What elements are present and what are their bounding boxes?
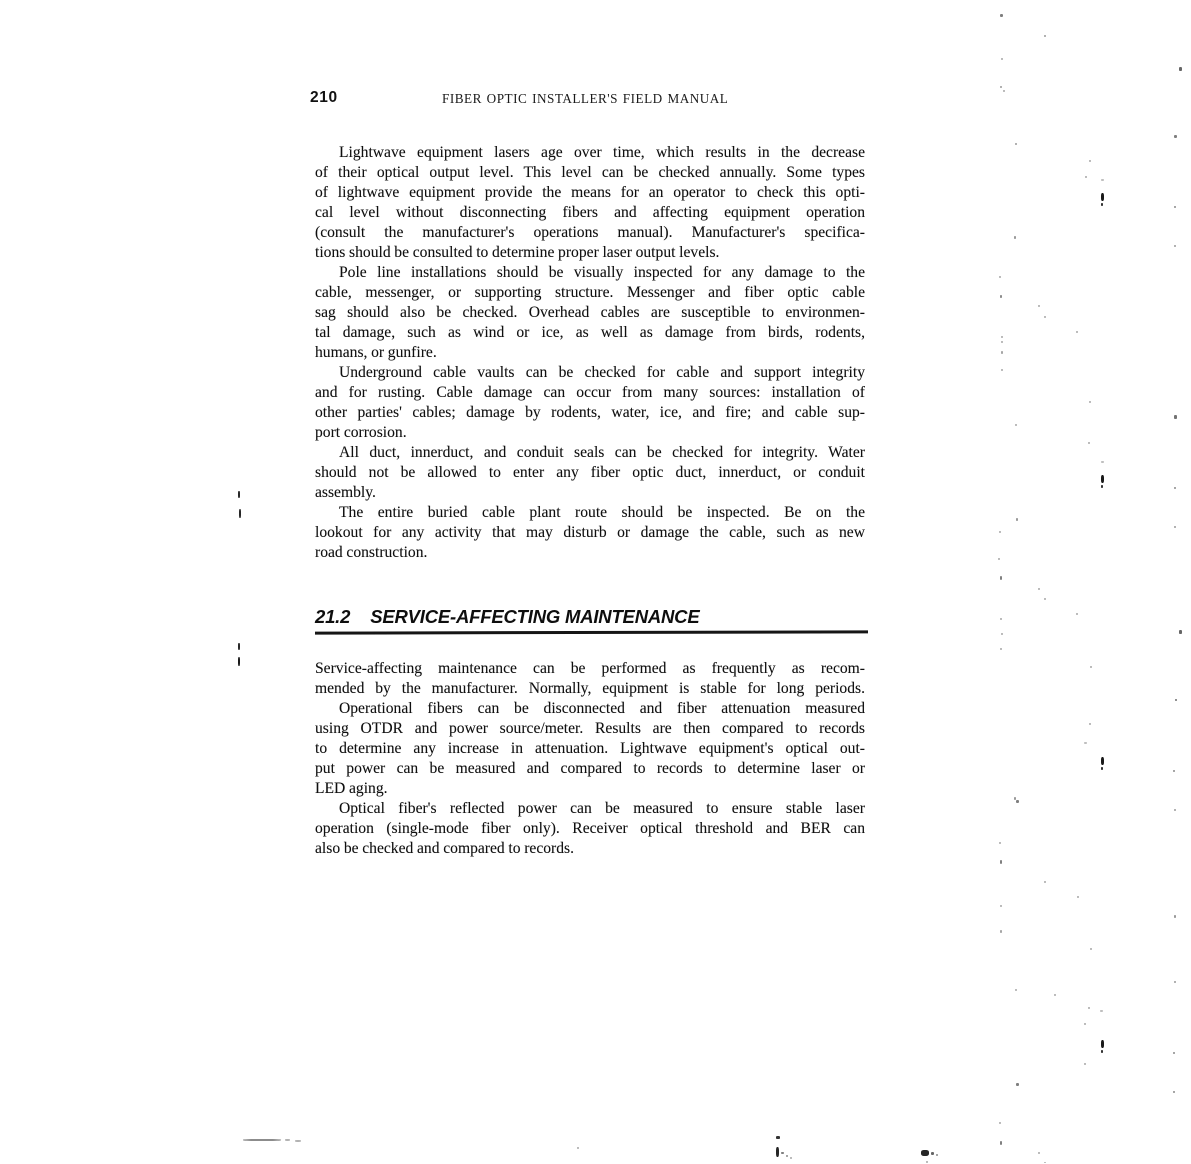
scan-speck	[243, 1139, 281, 1141]
scan-speck	[1076, 613, 1078, 615]
scan-speck	[1077, 896, 1079, 898]
scan-speck	[1174, 415, 1177, 419]
scan-speck	[1044, 881, 1046, 883]
text-line: tions should be consulted to determine p…	[315, 243, 865, 263]
scan-speck	[1000, 576, 1002, 580]
scan-speck	[1089, 160, 1091, 162]
scan-speck	[1089, 723, 1091, 725]
text-line: and for rusting. Cable damage can occur …	[315, 383, 865, 403]
text-line: other parties' cables; damage by rodents…	[315, 403, 865, 423]
scan-speck	[1044, 1162, 1046, 1163]
scan-speck	[1101, 767, 1103, 770]
scan-speck	[1016, 518, 1018, 521]
page-number: 210	[310, 89, 338, 107]
scan-speck	[1038, 1152, 1040, 1154]
scan-speck	[1038, 305, 1040, 307]
scan-speck	[998, 558, 1000, 560]
scan-speck	[1000, 618, 1002, 620]
scan-speck	[1003, 90, 1005, 92]
heading-rule	[315, 630, 868, 634]
scan-speck	[1001, 341, 1003, 343]
scan-speck	[1101, 757, 1104, 765]
scan-speck	[786, 1155, 788, 1157]
text-line: port corrosion.	[315, 423, 865, 443]
page-body: Lightwave equipment lasers age over time…	[315, 143, 865, 859]
text-line: humans, or gunfire.	[315, 343, 865, 363]
text-line: assembly.	[315, 483, 865, 503]
text-line: operation (single-mode fiber only). Rece…	[315, 819, 865, 839]
paragraph: Optical fiber's reflected power can be m…	[315, 799, 865, 859]
scan-speck	[1000, 86, 1002, 88]
scan-speck	[1101, 485, 1103, 488]
scan-speck	[1174, 526, 1176, 528]
scan-speck	[1038, 588, 1040, 590]
scan-speck	[1044, 316, 1046, 318]
scan-speck	[238, 643, 240, 650]
scan-speck	[781, 1152, 784, 1154]
text-line: also be checked and compared to records.	[315, 839, 865, 859]
text-line: Underground cable vaults can be checked …	[315, 363, 865, 383]
scan-speck	[790, 1157, 792, 1159]
scan-speck	[1044, 35, 1046, 37]
scan-speck	[1173, 1091, 1175, 1093]
scan-speck	[999, 531, 1001, 533]
scan-speck	[1084, 1063, 1086, 1065]
scan-speck	[1101, 193, 1104, 201]
scan-speck	[999, 842, 1001, 844]
text-line: lookout for any activity that may distur…	[315, 523, 865, 543]
scan-speck	[1000, 295, 1002, 298]
scan-speck	[1088, 1007, 1090, 1009]
scan-speck	[999, 1122, 1001, 1124]
section-title: SERVICE-AFFECTING MAINTENANCE	[370, 606, 699, 627]
scan-speck	[1174, 487, 1176, 489]
scan-speck	[1000, 930, 1002, 933]
paragraph: All duct, innerduct, and conduit seals c…	[315, 443, 865, 503]
scan-speck	[931, 1152, 934, 1155]
scan-speck	[1084, 1023, 1086, 1025]
paragraph: Pole line installations should be visual…	[315, 263, 865, 363]
scan-speck	[1179, 67, 1182, 71]
text-line: Pole line installations should be visual…	[315, 263, 865, 283]
scan-speck	[1000, 14, 1003, 17]
text-line: should not be allowed to enter any fiber…	[315, 463, 865, 483]
running-header: FIBER OPTIC INSTALLER'S FIELD MANUAL	[442, 91, 728, 107]
scan-speck	[1100, 1010, 1103, 1012]
scan-speck	[1089, 401, 1091, 403]
text-line: using OTDR and power source/meter. Resul…	[315, 719, 865, 739]
scan-speck	[577, 1147, 579, 1149]
scan-speck	[1001, 633, 1003, 635]
scan-speck	[1175, 699, 1177, 701]
text-line: of lightwave equipment provide the means…	[315, 183, 865, 203]
scan-speck	[295, 1140, 301, 1142]
text-line: sag should also be checked. Overhead cab…	[315, 303, 865, 323]
text-line: LED aging.	[315, 779, 865, 799]
scan-speck	[926, 1161, 928, 1163]
scan-speck	[1088, 442, 1090, 444]
text-line: road construction.	[315, 543, 865, 563]
scan-speck	[238, 657, 240, 666]
scan-speck	[999, 276, 1001, 278]
scan-speck	[1101, 1050, 1103, 1053]
scan-speck	[1015, 989, 1017, 991]
scan-speck	[776, 1147, 779, 1157]
paragraph: Service-affecting maintenance can be per…	[315, 659, 865, 699]
text-line: of their optical output level. This leve…	[315, 163, 865, 183]
text-line: mended by the manufacturer. Normally, eq…	[315, 679, 865, 699]
body-paragraphs-top: Lightwave equipment lasers age over time…	[315, 143, 865, 563]
scan-speck	[1014, 236, 1016, 239]
text-line: to determine any increase in attenuation…	[315, 739, 865, 759]
scan-speck	[1179, 630, 1182, 634]
section-heading: 21.2SERVICE-AFFECTING MAINTENANCE	[315, 605, 865, 629]
scan-speck	[1015, 424, 1017, 426]
body-paragraphs-bottom: Service-affecting maintenance can be per…	[315, 659, 865, 859]
scan-speck	[1044, 598, 1046, 600]
scan-speck	[1173, 1052, 1175, 1054]
scan-speck	[238, 491, 240, 498]
paragraph: Underground cable vaults can be checked …	[315, 363, 865, 443]
scan-speck	[1001, 369, 1003, 371]
scan-speck	[1016, 1083, 1019, 1086]
scan-speck	[1054, 994, 1056, 996]
scan-speck	[921, 1150, 929, 1156]
text-line: Optical fiber's reflected power can be m…	[315, 799, 865, 819]
scan-speck	[1085, 176, 1087, 178]
scan-speck	[1090, 948, 1092, 950]
paragraph: Lightwave equipment lasers age over time…	[315, 143, 865, 263]
scan-speck	[1101, 1040, 1104, 1048]
scan-speck	[1016, 800, 1019, 803]
section-number: 21.2	[315, 606, 350, 627]
scan-speck	[1001, 336, 1003, 338]
scan-speck	[1000, 905, 1002, 907]
scan-speck	[1173, 770, 1175, 772]
scan-speck	[1101, 179, 1104, 181]
paragraph: The entire buried cable plant route shou…	[315, 503, 865, 563]
scan-speck	[1084, 742, 1087, 744]
scan-speck	[285, 1139, 290, 1141]
scan-speck	[1174, 245, 1176, 247]
scan-speck	[1174, 206, 1176, 208]
scan-speck	[1174, 135, 1177, 138]
book-page-scan: 210 FIBER OPTIC INSTALLER'S FIELD MANUAL…	[0, 0, 1191, 1164]
scan-speck	[776, 1136, 780, 1139]
text-line: cal level without disconnecting fibers a…	[315, 203, 865, 223]
scan-speck	[1015, 143, 1017, 145]
text-line: tal damage, such as wind or ice, as well…	[315, 323, 865, 343]
scan-speck	[239, 509, 241, 518]
text-line: put power can be measured and compared t…	[315, 759, 865, 779]
text-line: All duct, innerduct, and conduit seals c…	[315, 443, 865, 463]
scan-speck	[1174, 915, 1176, 918]
text-line: Operational fibers can be disconnected a…	[315, 699, 865, 719]
scan-speck	[1174, 809, 1176, 811]
scan-speck	[1000, 648, 1002, 650]
scan-speck	[1174, 981, 1176, 983]
scan-speck	[1101, 203, 1103, 206]
scan-speck	[1090, 666, 1092, 668]
scan-speck	[1101, 461, 1104, 463]
scan-speck	[1076, 331, 1078, 333]
scan-speck	[1001, 351, 1003, 354]
scan-speck	[936, 1154, 938, 1156]
paragraph: Operational fibers can be disconnected a…	[315, 699, 865, 799]
scan-speck	[1000, 1141, 1002, 1145]
text-line: cable, messenger, or supporting structur…	[315, 283, 865, 303]
scan-speck	[1000, 860, 1002, 864]
text-line: Lightwave equipment lasers age over time…	[315, 143, 865, 163]
text-line: (consult the manufacturer's operations m…	[315, 223, 865, 243]
text-line: Service-affecting maintenance can be per…	[315, 659, 865, 679]
scan-speck	[1101, 475, 1104, 483]
scan-speck	[1001, 58, 1003, 60]
text-line: The entire buried cable plant route shou…	[315, 503, 865, 523]
